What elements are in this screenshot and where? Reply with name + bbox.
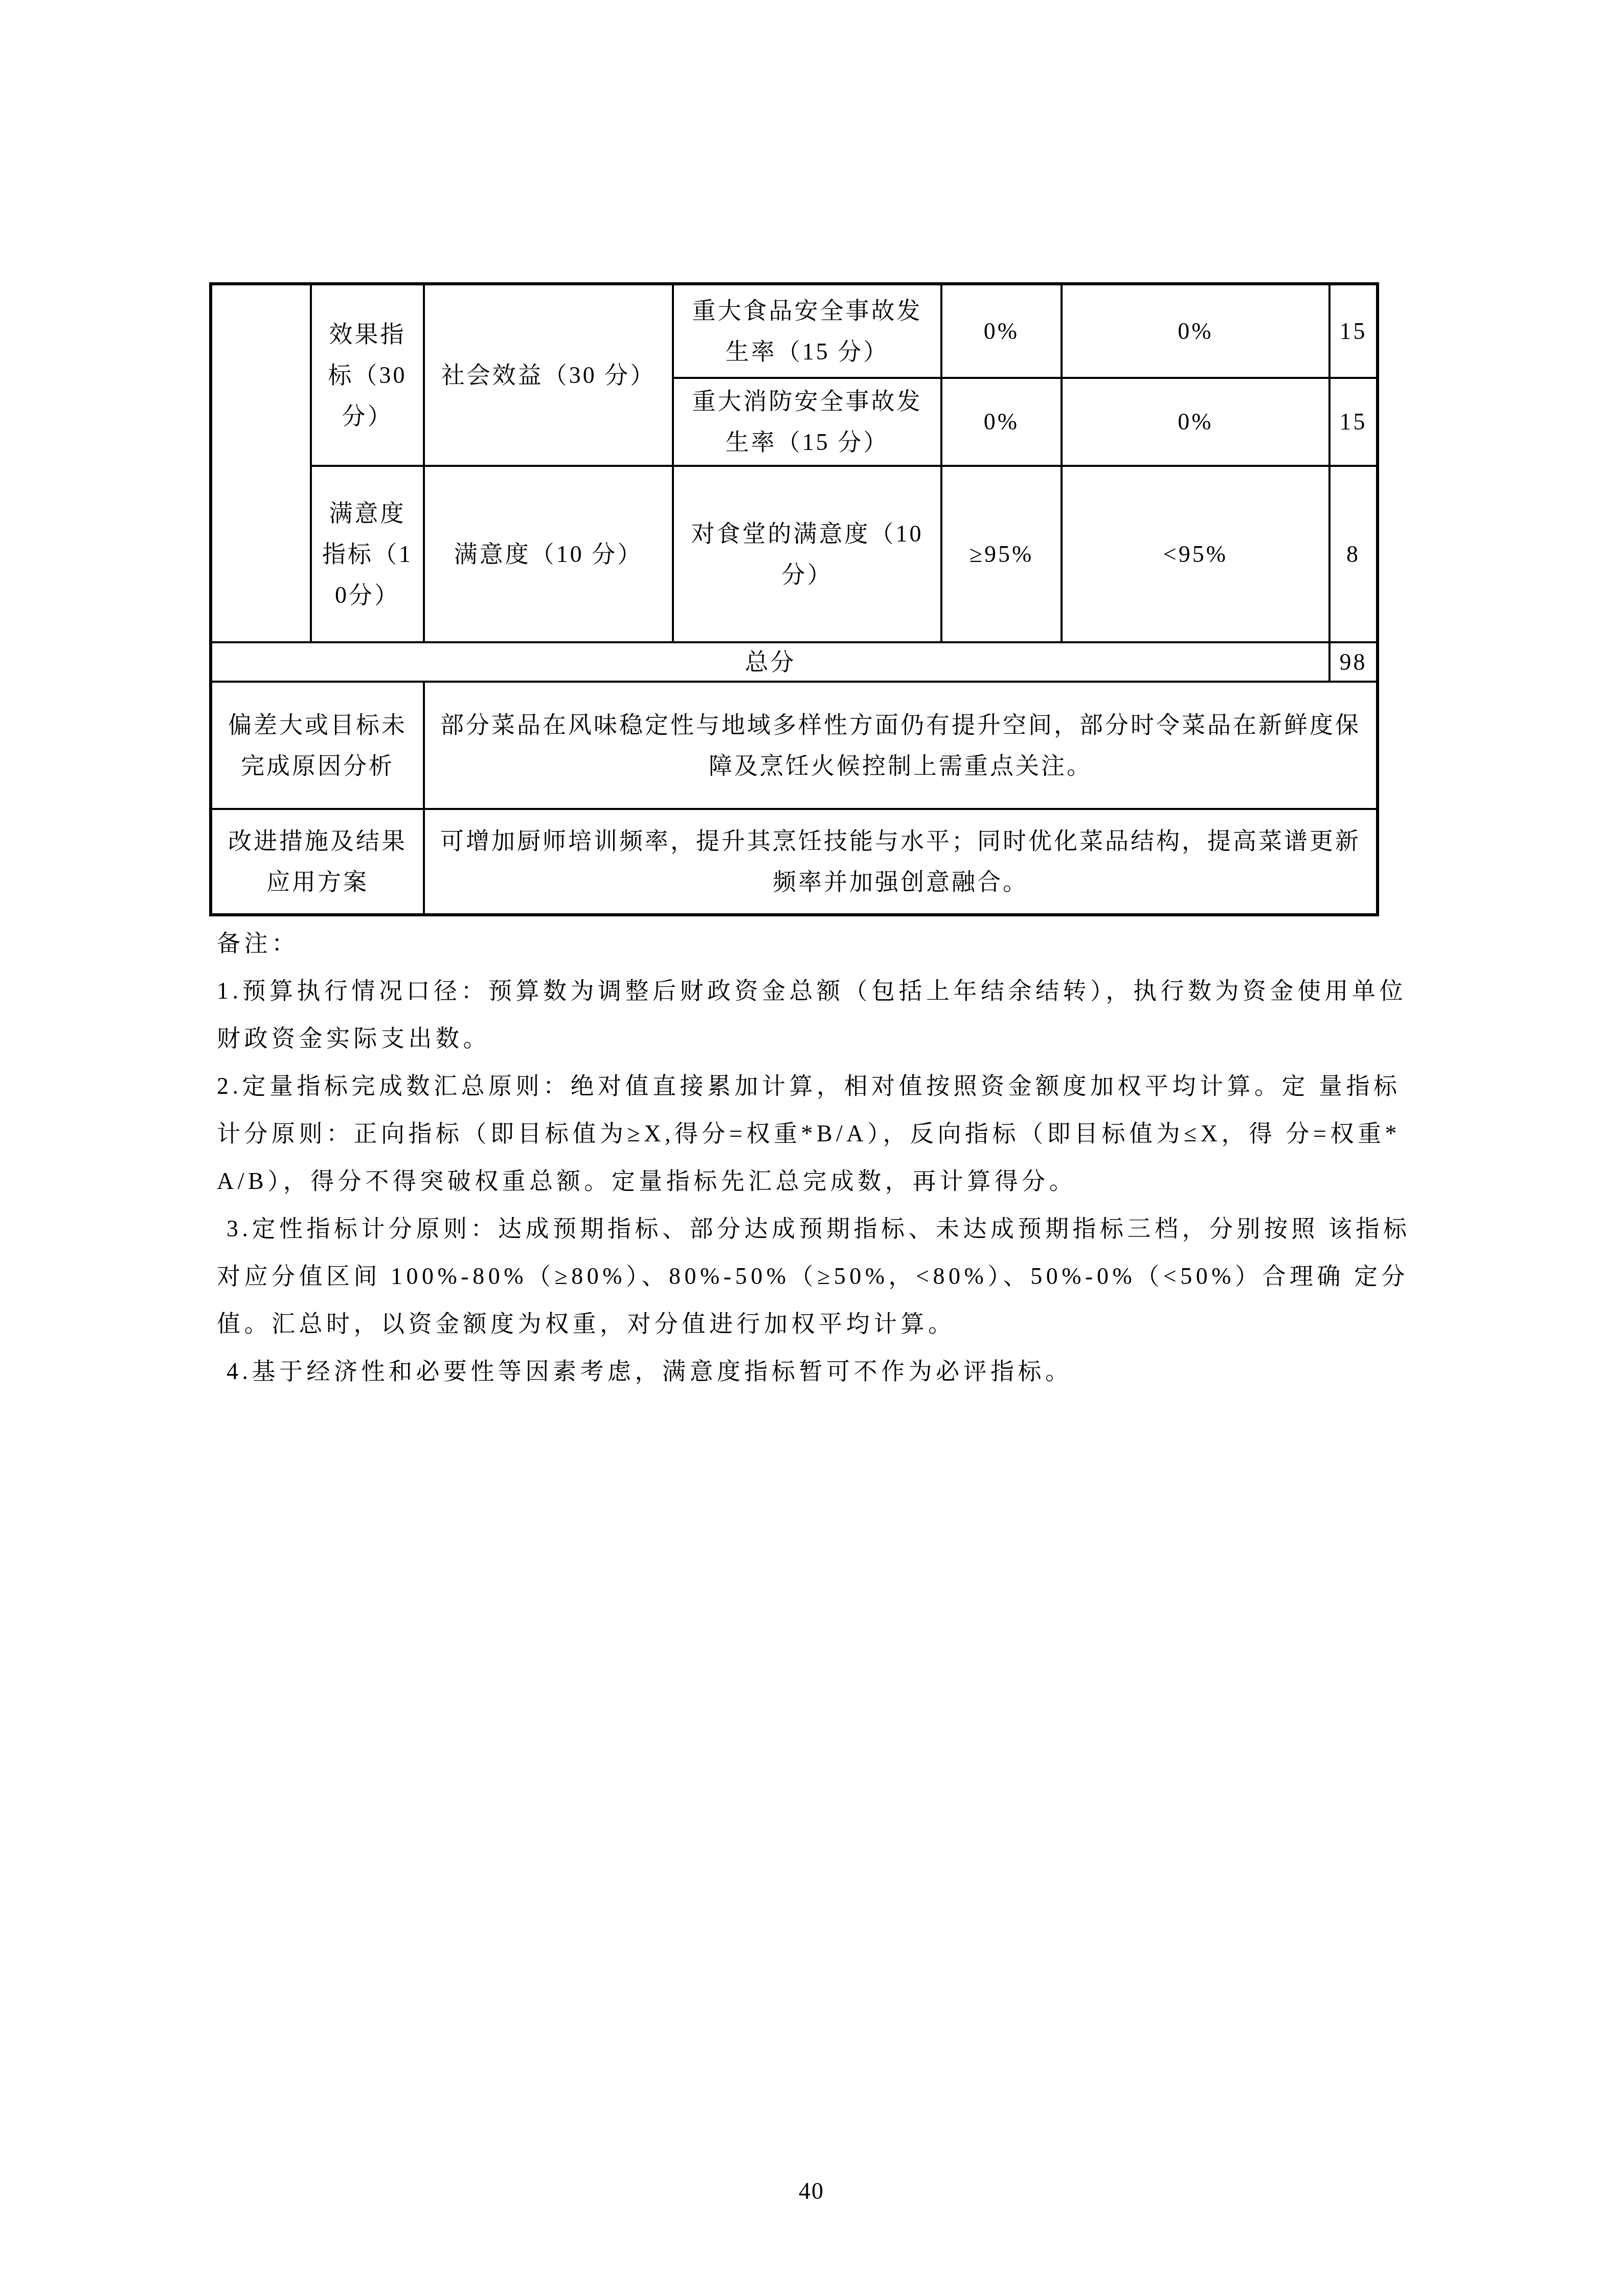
actual-value-cell: 0% [1062, 378, 1329, 466]
satisfaction-cell: 满意度（10 分） [424, 466, 673, 642]
indicator-name-cell: 重大消防安全事故发生率（15 分） [673, 378, 941, 466]
notes-title: 备注： [217, 919, 1416, 967]
note-item-2: 2.定量指标完成数汇总原则：绝对值直接累加计算，相对值按照资金额度加权平均计算。… [217, 1062, 1416, 1205]
target-value-cell: 0% [941, 284, 1062, 378]
total-label-cell: 总分 [211, 642, 1329, 682]
page-number: 40 [0, 2177, 1623, 2204]
actual-value-cell: 0% [1062, 284, 1329, 378]
table-row: 效果指标（30分） 社会效益（30 分） 重大食品安全事故发生率（15 分） 0… [211, 284, 1378, 378]
target-value-cell: 0% [941, 378, 1062, 466]
indicator-name-cell: 重大食品安全事故发生率（15 分） [673, 284, 941, 378]
deviation-row: 偏差大或目标未完成原因分析 部分菜品在风味稳定性与地域多样性方面仍有提升空间，部… [211, 682, 1378, 809]
category-spacer-cell [211, 284, 311, 642]
deviation-text-cell: 部分菜品在风味稳定性与地域多样性方面仍有提升空间，部分时令菜品在新鲜度保障及烹饪… [424, 682, 1378, 809]
score-cell: 8 [1329, 466, 1378, 642]
indicator-name-cell: 对食堂的满意度（10 分） [673, 466, 941, 642]
effect-group-cell: 效果指标（30分） [311, 284, 424, 466]
actual-value-cell: <95% [1062, 466, 1329, 642]
table-row: 满意度指标（10分） 满意度（10 分） 对食堂的满意度（10 分） ≥95% … [211, 466, 1378, 642]
notes-section: 备注： 1.预算执行情况口径：预算数为调整后财政资金总额（包括上年结余结转），执… [217, 919, 1416, 1395]
deviation-label-cell: 偏差大或目标未完成原因分析 [211, 682, 424, 809]
note-item-4: 4.基于经济性和必要性等因素考虑，满意度指标暂可不作为必评指标。 [217, 1347, 1416, 1395]
improvement-row: 改进措施及结果应用方案 可增加厨师培训频率，提升其烹饪技能与水平；同时优化菜品结… [211, 809, 1378, 915]
improvement-text-cell: 可增加厨师培训频率，提升其烹饪技能与水平；同时优化菜品结构，提高菜谱更新频率并加… [424, 809, 1378, 915]
improvement-label-cell: 改进措施及结果应用方案 [211, 809, 424, 915]
total-row: 总分 98 [211, 642, 1378, 682]
target-value-cell: ≥95% [941, 466, 1062, 642]
total-score-cell: 98 [1329, 642, 1378, 682]
satisfaction-group-cell: 满意度指标（10分） [311, 466, 424, 642]
social-benefit-cell: 社会效益（30 分） [424, 284, 673, 466]
document-page: 效果指标（30分） 社会效益（30 分） 重大食品安全事故发生率（15 分） 0… [0, 0, 1623, 2296]
note-item-3: 3.定性指标计分原则：达成预期指标、部分达成预期指标、未达成预期指标三档，分别按… [217, 1205, 1416, 1347]
score-cell: 15 [1329, 284, 1378, 378]
performance-score-table: 效果指标（30分） 社会效益（30 分） 重大食品安全事故发生率（15 分） 0… [209, 282, 1379, 916]
score-cell: 15 [1329, 378, 1378, 466]
note-item-1: 1.预算执行情况口径：预算数为调整后财政资金总额（包括上年结余结转），执行数为资… [217, 967, 1416, 1062]
